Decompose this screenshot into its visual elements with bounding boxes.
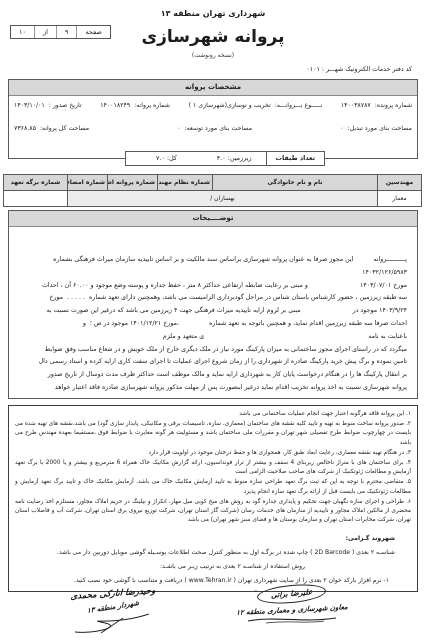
notes-body: پــــــــــروانه این مجوز صرفا به عنوان …: [9, 227, 417, 399]
basement-floors-value: زیرزمین: ۴.۰: [217, 154, 252, 162]
permit-type-field: نـــــوع بـــروانـــه:تخریب و نوسازی(شهر…: [189, 102, 323, 109]
engineers-table: مهندسین نام و نام خانوادگی شماره نظام مه…: [3, 174, 422, 207]
notes-section: توضــــیحات پــــــــــروانه این مجوز صر…: [8, 210, 418, 399]
notes-header: توضــــیحات: [9, 211, 417, 227]
barcode-usage-line: روش استفاده از شناسـه ۲ بعدی به ترتیب زی…: [9, 556, 417, 570]
permit-specs-header: مشخصات پروانه: [9, 80, 417, 96]
condition-item: ۱. این پروانه فاقد هرگونه اعتبار جهت انج…: [15, 410, 411, 419]
condition-item: ۵. متقاضی محترم با توجه به این که ثبت بر…: [15, 478, 411, 496]
notes-line: مورخ ۱۴۰۳/۰۷/۰۱ و مبنی بر رعایت ضابطه ار…: [19, 280, 407, 293]
architect-commitment-cell: [4, 191, 68, 207]
signature-mayor: وحیدرضا انارکی محمدی شهردار منطقه ۱۳: [38, 589, 188, 634]
permit-specs-section: مشخصات پروانه شماره پرونده:۱۴۰۰۳۸۷۸۷ نــ…: [8, 79, 418, 159]
floors-count-box: تعداد طبقات زیرزمین: ۴.۰ کل: ۷.۰: [125, 151, 325, 166]
notes-line: تامین نموده و برگ پیش خرید پارکینگ صادره…: [19, 356, 407, 369]
conditions-list: ۱. این پروانه فاقد هرگونه اعتبار جهت انج…: [9, 406, 417, 525]
architect-row: معمار بهسازان /: [4, 191, 422, 207]
notes-line: ۱۴۰۳/۹/۲۴ موجود در مبنی بر لزوم ارایه تا…: [19, 305, 407, 318]
condition-item: ۳. در هنگام تهیه نقشه معماری، رعایت ابعا…: [15, 449, 411, 458]
barcode-info-line: شناسـه ۲ بعدی ( 2D Barcode ) چاپ شده در …: [9, 542, 417, 556]
engineers-header-row: مهندسین نام و نام خانوادگی شماره نظام مه…: [4, 175, 422, 191]
page-label: صفحه: [76, 26, 110, 38]
col-header-reg-number: شماره نظام مهندسی: [158, 175, 213, 191]
condition-item: ۶. طراحی و اجرای سازه نگهبان جهت تحکیم و…: [15, 498, 411, 526]
signature-swirl-icon: [244, 615, 340, 624]
permit-specs-row2: مساحت بنای مورد تبدیل:۰ مساحت بنای مورد …: [9, 109, 417, 132]
total-floors-value: کل: ۷.۰: [156, 154, 177, 162]
page-number-box: صفحه ۹ از ۱۰: [10, 25, 111, 39]
citizen-salutation: شهروند گـرامی:: [9, 535, 417, 542]
permit-number-field: شماره پروانه:۱۴۰۰۱۸۲۴۹: [100, 102, 170, 109]
floors-label: تعداد طبقات: [266, 152, 324, 165]
col-header-commitment-sheet: شماره برگه تعهد: [4, 175, 68, 191]
notes-line: سه طبقه زیرزمین ، حضور کارشناس باستان شن…: [19, 292, 407, 305]
copy-version-note: (نسخه رونوشت): [0, 52, 426, 59]
architect-role-cell: معمار: [378, 191, 422, 207]
barcode-step1-line: ۱- نرم افزار بارکد خوان ۲ بعدی را از سای…: [9, 570, 417, 584]
page-of-label: از: [34, 26, 56, 38]
issue-date-field: تاریخ صدور :۱۴۰۳/۱۰/۰۱: [14, 102, 82, 109]
notes-line: باعنایت به نامه ی متعهد و ملزم: [19, 331, 407, 344]
eoffice-code: کد دفتر خدمات الکترونیک شهـــر : ۰۱۰۱: [0, 59, 426, 76]
col-header-fullname: نام و نام خانوادگی: [213, 175, 378, 191]
floors-values: زیرزمین: ۴.۰ کل: ۷.۰: [126, 152, 266, 165]
notes-line: پــــــــــروانه این مجوز صرفا به عنوان …: [19, 254, 407, 280]
deputy-signature-name: علیرضا براتی: [257, 582, 326, 606]
permit-specs-row1: شماره پرونده:۱۴۰۰۳۸۷۸۷ نـــــوع بـــروان…: [9, 96, 417, 109]
notes-line: بود.: [19, 395, 407, 399]
org-title: شهرداری تهران منطقه ۱۳: [0, 0, 426, 18]
page-number: ۹: [56, 26, 77, 38]
page-total: ۱۰: [11, 26, 34, 38]
col-header-license-number: شماره پروانه اشتغال: [108, 175, 158, 191]
col-header-signature-number: شماره امضاء: [68, 175, 108, 191]
permit-document-page: شهرداری تهران منطقه ۱۳ صفحه ۹ از ۱۰ پروا…: [0, 0, 426, 640]
condition-item: ۲. صدور پروانه ساخت منوط به تهیه و تایید…: [15, 420, 411, 448]
notes-line: بر انتقال پارکینگ ها را در هنگام درخواست…: [19, 369, 407, 382]
conditions-section: ۱. این پروانه فاقد هرگونه اعتبار جهت انج…: [8, 405, 418, 592]
total-area-field: مساحت کل پروانه:۷۳۶۸.۸۵: [14, 125, 89, 132]
file-number-field: شماره پرونده:۱۴۰۰۳۸۷۸۷: [341, 102, 412, 109]
notes-line: میگردد که در راستای اجرای مجوز ساختمانی …: [19, 344, 407, 357]
developed-area-field: مساحت بنای مورد توسعه:۰: [177, 125, 252, 132]
condition-item: ۴. برای ساختمان های با متراژ ناخالص زیرب…: [15, 459, 411, 477]
notes-line: احداث صرفا سه طبقه زیرزمین اقدام نماید، …: [19, 318, 407, 331]
citizen-notice: شهروند گـرامی: شناسـه ۲ بعدی ( 2D Barcod…: [9, 526, 417, 592]
signature-deputy: علیرضا براتی معاون شهرسازی و معماری منطق…: [230, 581, 354, 624]
architect-name-cell: بهسازان /: [68, 191, 378, 207]
col-header-engineers: مهندسین: [378, 175, 422, 191]
converted-area-field: مساحت بنای مورد تبدیل:۰: [340, 125, 412, 132]
notes-line: پروانه شهرسازی نسبت به اخذ پروانه تخریب …: [19, 382, 407, 395]
